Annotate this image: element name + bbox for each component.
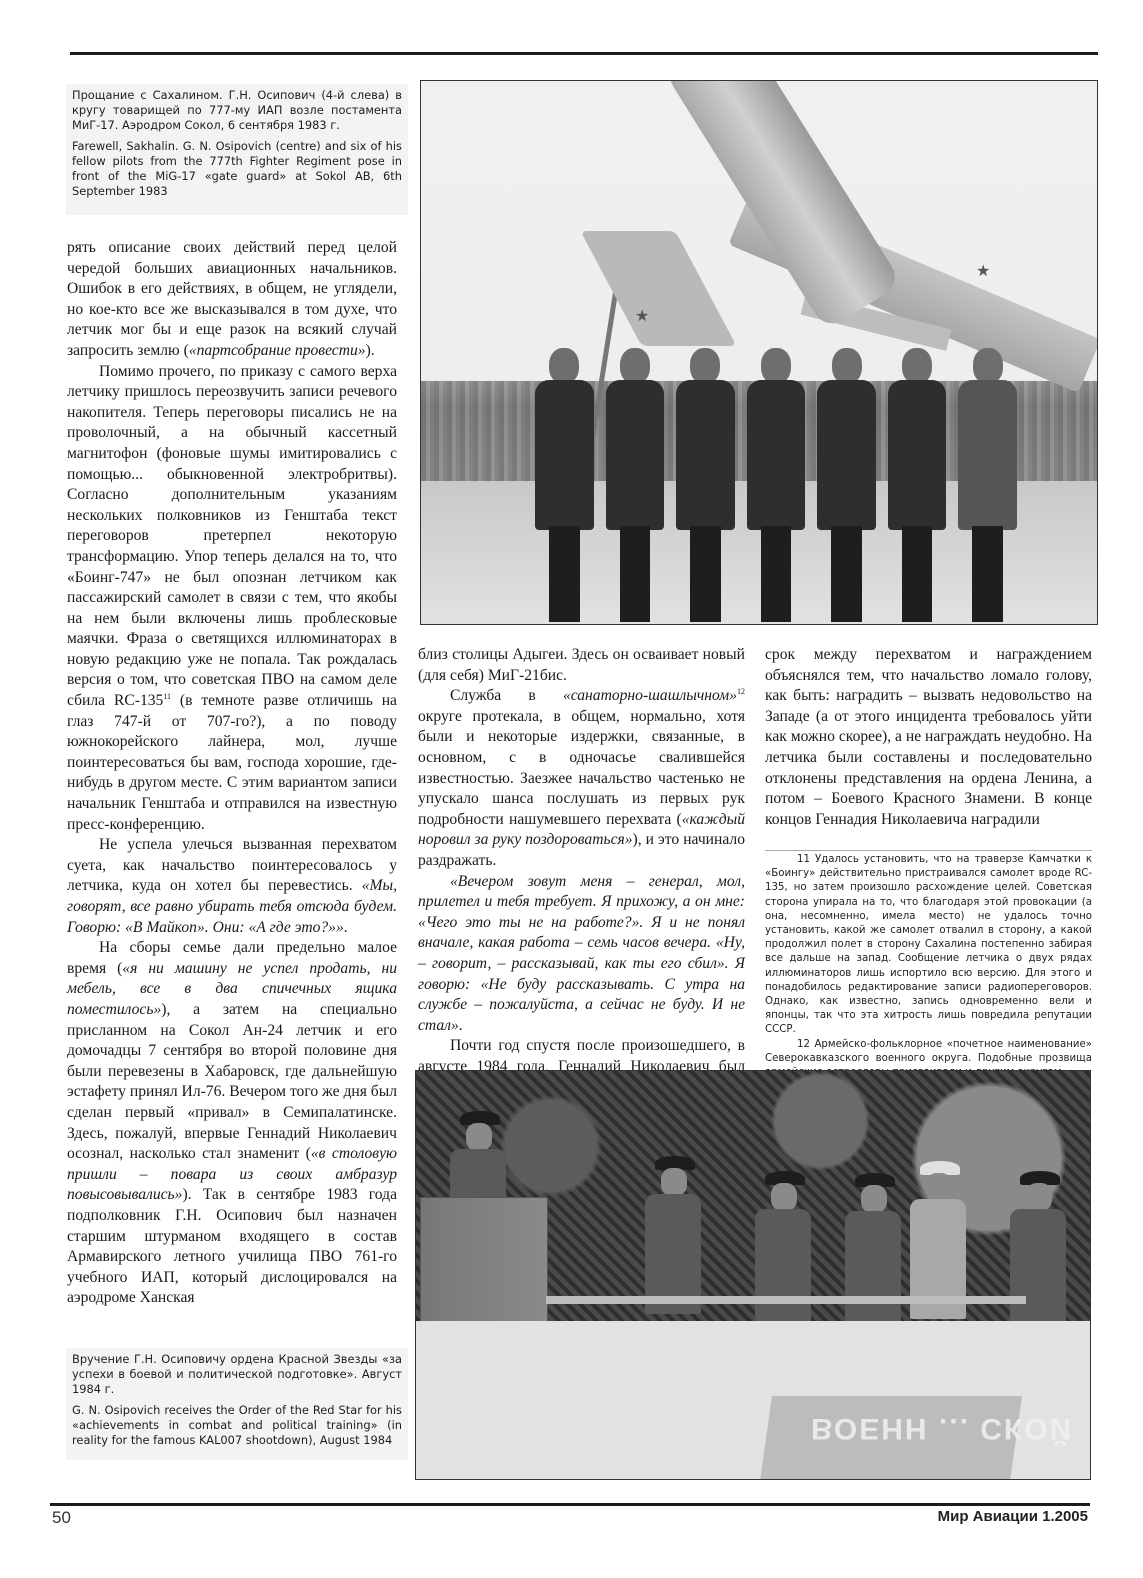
presidium-table	[546, 1296, 1026, 1304]
officer-saluting	[751, 1171, 813, 1331]
footnote-ref-11[interactable]: 11	[163, 692, 171, 701]
paragraph: На сборы семье дали предельно малое врем…	[67, 938, 397, 1309]
officer-saluting	[841, 1173, 903, 1333]
photo-caption-bottom: Вручение Г.Н. Осиповичу ордена Красной З…	[66, 1348, 408, 1460]
group-of-pilots	[531, 336, 1021, 624]
person-osipovich	[743, 336, 810, 624]
article-column-middle: близ столицы Адыгеи. Здесь он осваивает …	[418, 645, 745, 1098]
footnote-ref-12[interactable]: 12	[737, 687, 745, 696]
paragraph: Служба в «санаторно-шашлычном»12 округе …	[418, 686, 745, 871]
paragraph-quote: «Вечером зовут меня – генерал, мол, прил…	[418, 872, 745, 1037]
header-rule	[70, 52, 1098, 55]
person	[602, 336, 669, 624]
paragraph: рять описание своих действий перед целой…	[67, 238, 397, 362]
podium	[420, 1197, 548, 1324]
person	[884, 336, 951, 624]
officer-saluting	[641, 1156, 703, 1316]
person	[531, 336, 598, 624]
paragraph: Помимо прочего, по приказу с самого верх…	[67, 362, 397, 836]
person	[954, 336, 1021, 624]
jet-left-wing	[580, 231, 736, 346]
paragraph: Не успела улечься вызванная перехватом с…	[67, 835, 397, 938]
photo-award-ceremony: ВОЕНН ... СКОЙ	[415, 1070, 1091, 1480]
caption-bottom-ru: Вручение Г.Н. Осиповичу ордена Красной З…	[72, 1352, 402, 1397]
magazine-title: Мир Авиации 1.2005	[938, 1508, 1088, 1525]
person	[813, 336, 880, 624]
article-column-left: рять описание своих действий перед целой…	[67, 238, 397, 1309]
paragraph: срок между перехватом и награждением объ…	[765, 645, 1092, 830]
footnote-11: 11 Удалось установить, что на траверзе К…	[765, 853, 1092, 1038]
photo-caption-top: Прощание с Сахалином. Г.Н. Осипович (4-й…	[66, 84, 408, 215]
footnotes: 11 Удалось установить, что на траверзе К…	[765, 850, 1092, 1080]
red-star-icon: ★	[635, 306, 649, 326]
photo-mig17-farewell: ★ ★	[420, 80, 1098, 625]
footer-rule	[50, 1503, 1090, 1506]
caption-top-en: Farewell, Sakhalin. G. N. Osipovich (cen…	[72, 139, 402, 199]
banner-text: ВОЕНН ... СКОЙ	[811, 1411, 1073, 1445]
red-star-icon: ★	[976, 261, 990, 281]
person	[672, 336, 739, 624]
officer-osipovich	[1006, 1171, 1068, 1331]
article-column-right: срок между перехватом и награждением объ…	[765, 645, 1092, 830]
page-number: 50	[52, 1508, 71, 1528]
paragraph: близ столицы Адыгеи. Здесь он осваивает …	[418, 645, 745, 686]
caption-bottom-en: G. N. Osipovich receives the Order of th…	[72, 1403, 402, 1448]
caption-top-ru: Прощание с Сахалином. Г.Н. Осипович (4-й…	[72, 88, 402, 133]
